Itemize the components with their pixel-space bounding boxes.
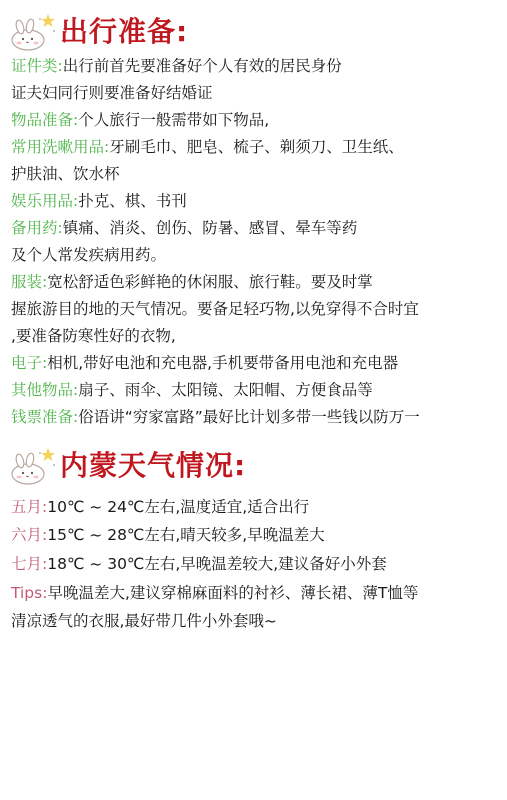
section-heading-travel-prep: 出行准备: — [8, 10, 188, 54]
section-heading-weather: 内蒙天气情况: — [8, 444, 246, 488]
line-label: 钱票准备: — [11, 408, 78, 426]
weather-line-june: 六月:15℃ ~ 28℃左右,晴天较多,早晚温差大 — [11, 525, 325, 545]
line-text: 俗语讲“穷家富路”最好比计划多带一些钱以防万一 — [78, 408, 420, 426]
line-label: 六月: — [11, 526, 47, 544]
bunny-star-icon — [8, 446, 56, 486]
line-text: 护肤油、饮水杯 — [11, 165, 120, 183]
info-line-continued: 及个人常发疾病用药。 — [11, 245, 166, 265]
info-line-continued: 护肤油、饮水杯 — [11, 164, 120, 184]
weather-line-continued: 清凉透气的衣服,最好带几件小外套哦~ — [11, 611, 277, 631]
line-text: 15℃ ~ 28℃左右,晴天较多,早晚温差大 — [47, 526, 324, 544]
info-line-continued: ,要准备防寒性好的衣物, — [11, 326, 176, 346]
line-text: 扇子、雨伞、太阳镜、太阳帽、方便食品等 — [78, 381, 373, 399]
line-text: 宽松舒适色彩鲜艳的休闲服、旅行鞋。要及时掌 — [47, 273, 373, 291]
info-line-items: 物品准备:个人旅行一般需带如下物品, — [11, 110, 269, 130]
info-line-id-docs: 证件类:出行前首先要准备好个人有效的居民身份 — [11, 56, 342, 76]
line-label: Tips: — [11, 584, 47, 602]
line-text: 早晚温差大,建议穿棉麻面料的衬衫、薄长裙、薄T恤等 — [47, 584, 418, 602]
section-title: 内蒙天气情况: — [60, 452, 246, 480]
info-line-toiletries: 常用洗嗽用品:牙刷毛巾、肥皂、梳子、剃须刀、卫生纸、 — [11, 137, 404, 157]
bunny-star-icon — [8, 12, 56, 52]
info-line-money: 钱票准备:俗语讲“穷家富路”最好比计划多带一些钱以防万一 — [11, 407, 420, 427]
info-line-continued: 握旅游目的地的天气情况。要备足轻巧物,以免穿得不合时宜 — [11, 299, 419, 319]
line-text: 握旅游目的地的天气情况。要备足轻巧物,以免穿得不合时宜 — [11, 300, 419, 318]
section-title: 出行准备: — [60, 18, 188, 46]
line-text: 清凉透气的衣服,最好带几件小外套哦~ — [11, 612, 277, 630]
line-label: 服装: — [11, 273, 47, 291]
line-label: 电子: — [11, 354, 47, 372]
line-text: 及个人常发疾病用药。 — [11, 246, 166, 264]
weather-line-tips: Tips:早晚温差大,建议穿棉麻面料的衬衫、薄长裙、薄T恤等 — [11, 583, 418, 603]
weather-line-july: 七月:18℃ ~ 30℃左右,早晚温差较大,建议备好小外套 — [11, 554, 387, 574]
line-text: 18℃ ~ 30℃左右,早晚温差较大,建议备好小外套 — [47, 555, 386, 573]
info-line-entertainment: 娱乐用品:扑克、棋、书刊 — [11, 191, 187, 211]
info-line-other-items: 其他物品:扇子、雨伞、太阳镜、太阳帽、方便食品等 — [11, 380, 373, 400]
line-label: 常用洗嗽用品: — [11, 138, 109, 156]
line-text: 证夫妇同行则要准备好结婚证 — [11, 84, 213, 102]
info-line-electronics: 电子:相机,带好电池和充电器,手机要带备用电池和充电器 — [11, 353, 398, 373]
line-label: 其他物品: — [11, 381, 78, 399]
line-text: 相机,带好电池和充电器,手机要带备用电池和充电器 — [47, 354, 398, 372]
line-label: 娱乐用品: — [11, 192, 78, 210]
line-text: 个人旅行一般需带如下物品, — [78, 111, 269, 129]
line-label: 备用药: — [11, 219, 63, 237]
line-text: 出行前首先要准备好个人有效的居民身份 — [63, 57, 342, 75]
line-text: 镇痛、消炎、创伤、防暑、感冒、晕车等药 — [63, 219, 358, 237]
info-line-medicine: 备用药:镇痛、消炎、创伤、防暑、感冒、晕车等药 — [11, 218, 357, 238]
line-label: 七月: — [11, 555, 47, 573]
line-text: 牙刷毛巾、肥皂、梳子、剃须刀、卫生纸、 — [109, 138, 404, 156]
line-label: 证件类: — [11, 57, 63, 75]
line-label: 五月: — [11, 498, 47, 516]
line-label: 物品准备: — [11, 111, 78, 129]
line-text: 10℃ ~ 24℃左右,温度适宜,适合出行 — [47, 498, 309, 516]
line-text: 扑克、棋、书刊 — [78, 192, 187, 210]
weather-line-may: 五月:10℃ ~ 24℃左右,温度适宜,适合出行 — [11, 497, 309, 517]
info-line-clothing: 服装:宽松舒适色彩鲜艳的休闲服、旅行鞋。要及时掌 — [11, 272, 373, 292]
info-line-continued: 证夫妇同行则要准备好结婚证 — [11, 83, 213, 103]
line-text: ,要准备防寒性好的衣物, — [11, 327, 176, 345]
